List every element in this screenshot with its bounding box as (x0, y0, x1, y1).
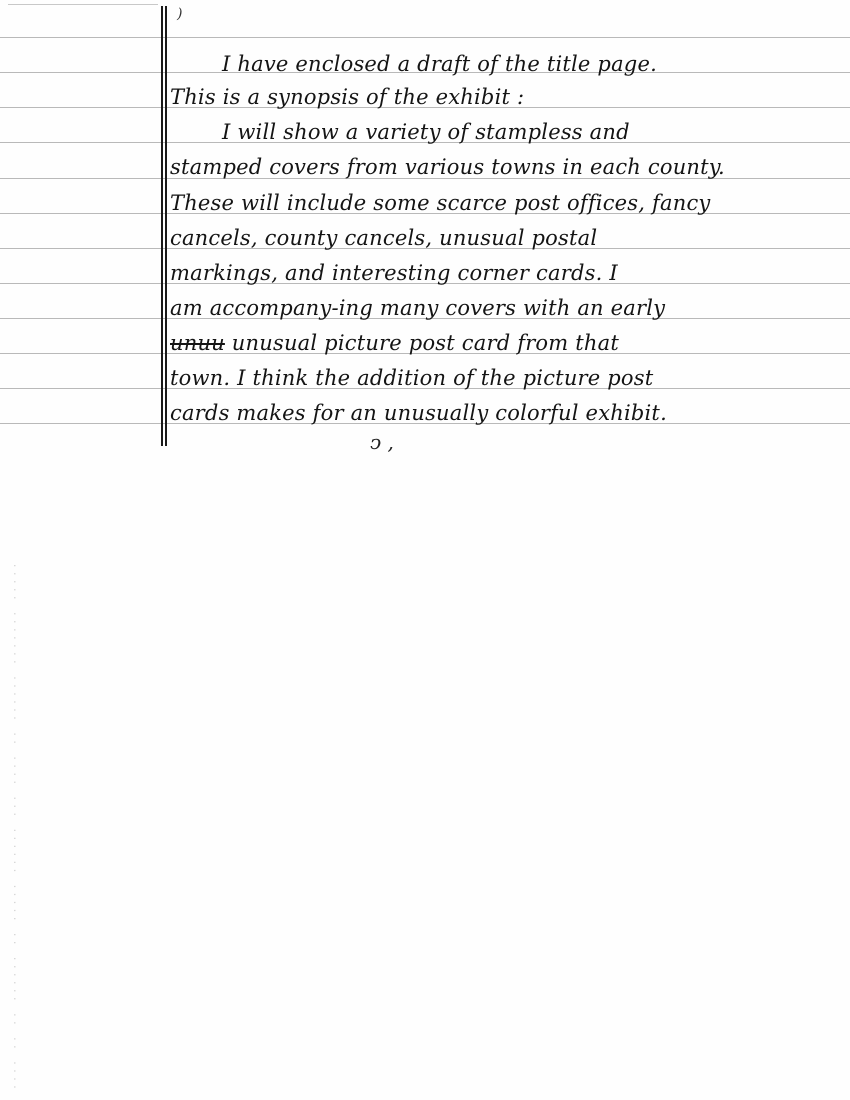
handwritten-line-11: cards makes for an unusually colorful ex… (170, 396, 667, 430)
document-page: ) I have enclosed a draft of the title p… (0, 0, 850, 1100)
struck-word: unuu (170, 331, 225, 355)
line-text: unusual picture post card from that (232, 331, 619, 355)
ruled-line (0, 37, 850, 38)
handwritten-line-1: I have enclosed a draft of the title pag… (170, 47, 657, 81)
page-top-edge (8, 4, 158, 5)
handwritten-line-9: unuu unusual picture post card from that (170, 326, 619, 360)
trailing-mark: ↄ , (370, 430, 394, 454)
handwritten-line-7: markings, and interesting corner cards. … (170, 256, 618, 290)
top-mark: ) (177, 6, 182, 22)
bleed-through-text: ···· ·· ·· ······ ·· ····· ······ ··· ··… (10, 470, 24, 1090)
margin-line-right (165, 6, 167, 446)
handwritten-line-4: stamped covers from various towns in eac… (170, 150, 725, 184)
handwritten-line-10: town. I think the addition of the pictur… (170, 361, 653, 395)
handwritten-line-2: This is a synopsis of the exhibit : (170, 80, 524, 114)
handwritten-line-8: am accompany-ing many covers with an ear… (170, 291, 665, 325)
handwritten-line-5: These will include some scarce post offi… (170, 186, 710, 220)
handwritten-line-6: cancels, county cancels, unusual postal (170, 221, 597, 255)
handwritten-line-3: I will show a variety of stampless and (170, 115, 630, 149)
margin-line-left (161, 6, 163, 446)
